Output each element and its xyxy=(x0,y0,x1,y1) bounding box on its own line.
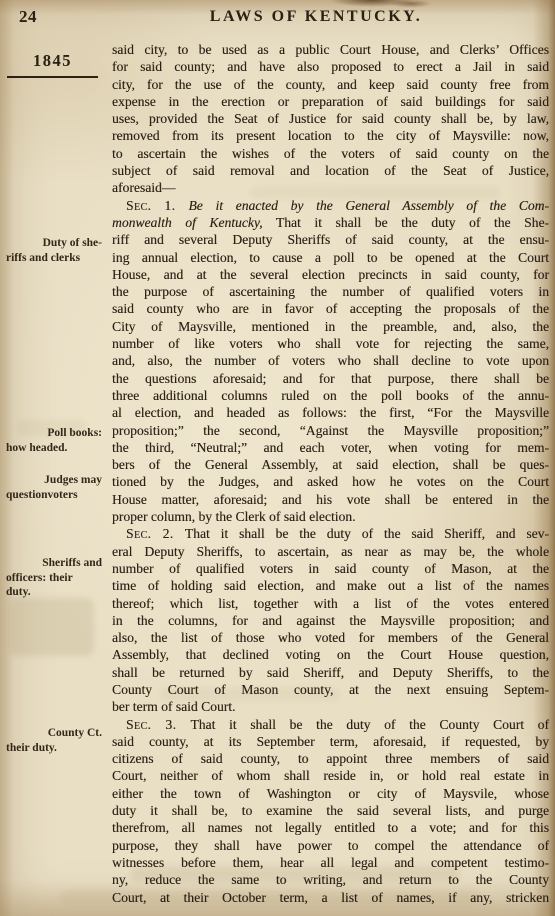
section-label: Sec. 3. xyxy=(126,717,190,732)
text-line: number of like voters who shall vote for… xyxy=(112,335,549,352)
text-line: said county who are in favor of acceptin… xyxy=(112,300,549,317)
text-segment: monwealth of Kentucky, xyxy=(112,215,263,230)
margin-note-line: County Ct. xyxy=(6,726,102,741)
text-line: County Court of Mason county, at the nex… xyxy=(112,681,549,698)
text-line: Court, neither of whom shall reside in, … xyxy=(112,767,549,784)
text-line: and, also, the number of voters who shal… xyxy=(112,352,549,369)
text-line: ber term of said Court. xyxy=(112,698,549,715)
text-line: removed from its present location to the… xyxy=(112,127,549,144)
text-line: House matter, aforesaid; and his vote sh… xyxy=(112,491,549,508)
margin-note-line: riffs and clerks xyxy=(6,251,102,266)
margin-note-line: officers: their xyxy=(6,571,102,586)
text-line: eral Deputy Sheriffs, to ascertain, as n… xyxy=(112,543,549,560)
text-line: proposition;” the second, “Against the M… xyxy=(112,422,549,439)
text-line: shall be returned by said Sheriff, and D… xyxy=(112,664,549,681)
margin-note: Sheriffs andofficers: theirduty. xyxy=(6,556,102,600)
text-line: proper column, by the Clerk of said elec… xyxy=(112,508,549,525)
margin-note-line: duty. xyxy=(6,585,102,600)
text-line: Sec. 1. Be it enacted by the General Ass… xyxy=(112,197,549,214)
paragraph: Sec. 2. That it shall be the duty of the… xyxy=(112,525,549,715)
scanned-page: 24 LAWS OF KENTUCKY. 1845 Duty of she-ri… xyxy=(0,0,555,916)
text-line: also, the list of those who voted for me… xyxy=(112,629,549,646)
text-line: the questions aforesaid; and for that pu… xyxy=(112,370,549,387)
text-line: witnesses before them, hear all legal an… xyxy=(112,854,549,871)
text-segment: That it shall be the duty of the said Sh… xyxy=(185,526,549,541)
text-line: riff and several Deputy Sheriffs of said… xyxy=(112,231,549,248)
text-line: three additional columns ruled on the po… xyxy=(112,387,549,404)
margin-note-line: Duty of she- xyxy=(6,236,102,251)
text-line: monwealth of Kentucky, That it shall be … xyxy=(112,214,549,231)
text-line: expense in the erection or preparation o… xyxy=(112,93,549,110)
text-line: Assembly, that declined voting on the Co… xyxy=(112,646,549,663)
text-line: therefrom, all names not legally entitle… xyxy=(112,819,549,836)
text-line: bers of the General Assembly, at said el… xyxy=(112,456,549,473)
margin-note-line: Sheriffs and xyxy=(6,556,102,571)
margin-note-line: questionvoters xyxy=(6,488,102,503)
paragraph: said city, to be used as a public Court … xyxy=(112,41,549,197)
text-line: city, for the use of the county, and kee… xyxy=(112,76,549,93)
margin-note: Poll books:how headed. xyxy=(6,426,102,455)
text-line: al election, and headed as follows: the … xyxy=(112,404,549,421)
margin-note: Judges mayquestionvoters xyxy=(6,473,102,502)
section-label: Sec. 1. xyxy=(126,198,188,213)
text-line: duty it shall be, to examine the said se… xyxy=(112,802,549,819)
margin-note: County Ct.their duty. xyxy=(6,726,102,755)
text-segment: That it shall be the duty of the County … xyxy=(190,717,549,732)
body-text: said city, to be used as a public Court … xyxy=(112,41,549,906)
text-line: time of holding said election, and make … xyxy=(112,577,549,594)
text-line: the purpose of ascertaining the number o… xyxy=(112,283,549,300)
margin-note-line: how headed. xyxy=(6,441,102,456)
text-line: to ascertain the wishes of the voters of… xyxy=(112,145,549,162)
text-line: either the town of Washington or city of… xyxy=(112,785,549,802)
section-label: Sec. 2. xyxy=(126,526,185,541)
text-line: said county, at its September term, afor… xyxy=(112,733,549,750)
text-line: Court, at their October term, a list of … xyxy=(112,889,549,906)
text-segment: Be it enacted by the General Assembly of… xyxy=(188,198,549,213)
text-line: tioned by the Judges, and asked how he v… xyxy=(112,473,549,490)
running-header: LAWS OF KENTUCKY. xyxy=(100,8,532,26)
margin-note-line: their duty. xyxy=(6,741,102,756)
text-line: for said county; and have also proposed … xyxy=(112,58,549,75)
text-line: said city, to be used as a public Court … xyxy=(112,41,549,58)
text-line: the third, “Neutral;” and each voter, wh… xyxy=(112,439,549,456)
text-line: thereof; which list, together with a lis… xyxy=(112,595,549,612)
margin-note: Duty of she-riffs and clerks xyxy=(6,236,102,265)
text-line: subject of said removal and location of … xyxy=(112,162,549,179)
margin-note-line: Poll books: xyxy=(6,426,102,441)
text-line: Sec. 3. That it shall be the duty of the… xyxy=(112,716,549,733)
paragraph: Sec. 1. Be it enacted by the General Ass… xyxy=(112,197,549,526)
text-line: ny, reduce the same to writing, and retu… xyxy=(112,871,549,888)
text-line: citizens of said county, to appoint thre… xyxy=(112,750,549,767)
text-line: City of Maysville, mentioned in the prea… xyxy=(112,318,549,335)
text-segment: That it shall be the duty of the She- xyxy=(263,215,549,230)
text-line: Sec. 2. That it shall be the duty of the… xyxy=(112,525,549,542)
text-line: purpose, they shall have power to compel… xyxy=(112,837,549,854)
paragraph: Sec. 3. That it shall be the duty of the… xyxy=(112,716,549,906)
text-line: ing annual election, to cause a poll to … xyxy=(112,249,549,266)
text-line: aforesaid— xyxy=(112,179,549,196)
text-line: uses, provided the Seat of Justice for s… xyxy=(112,110,549,127)
text-line: in the columns, for and against the Mays… xyxy=(112,612,549,629)
margin-notes: Duty of she-riffs and clerksPoll books:h… xyxy=(0,0,105,916)
text-line: House, and at the several election preci… xyxy=(112,266,549,283)
text-line: number of qualified voters in said count… xyxy=(112,560,549,577)
margin-note-line: Judges may xyxy=(6,473,102,488)
